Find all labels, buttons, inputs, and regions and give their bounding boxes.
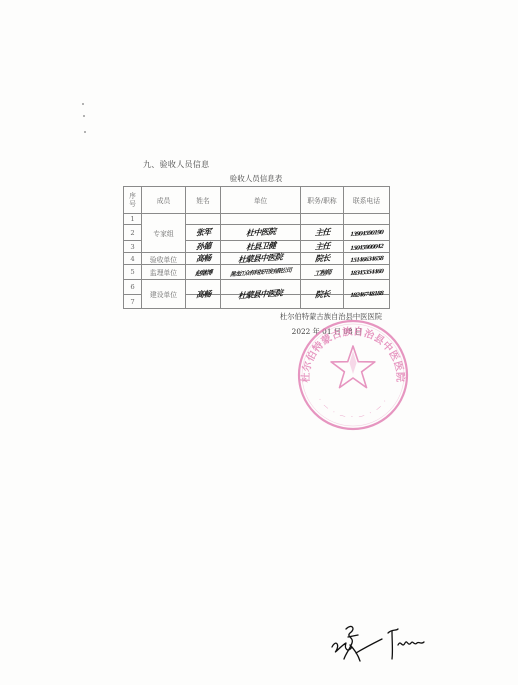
cell-phone: 13904590190 [344,225,390,241]
cell-phone: 18246748188 [344,280,390,309]
cell-title: 院长 [301,280,344,309]
cell-no: 1 [124,214,142,225]
cell-unit: 杜蒙县中医院 [221,280,301,309]
cell-no: 6 [124,280,142,295]
header-title: 职务/职称 [301,187,344,214]
cell-unit [221,214,301,225]
header-name: 姓名 [186,187,221,214]
cell-name: 孙德 [186,241,221,253]
table-title: 验收人员信息表 [123,173,389,184]
cell-title: 主任 [301,225,344,241]
cell-name: 高畅 [186,280,221,309]
header-member: 成员 [142,187,186,214]
cell-no: 4 [124,253,142,265]
cell-title: 主任 [301,241,344,253]
acceptance-personnel-table: 序号 成员 姓名 单位 职务/职称 联系电话 1 专家组 2 张军 杜中医院 主… [123,186,390,309]
table-row: 6 建设单位 高畅 杜蒙县中医院 院长 18246748188 [124,280,390,295]
svg-text:· — · — · — · — ·: · — · — · — · — · [316,397,390,421]
header-phone: 联系电话 [344,187,390,214]
cell-no: 7 [124,295,142,309]
cell-member-group: 建设单位 [142,280,186,309]
table-row: 4 验收单位 高畅 杜蒙县中医院 院长 15146634658 [124,253,390,265]
cell-name: 张军 [186,225,221,241]
cell-name: 高畅 [186,253,221,265]
scan-speck [84,131,86,133]
cell-member-group: 专家组 [142,214,186,253]
section-title: 九、验收人员信息 [143,159,209,170]
header-no: 序号 [124,187,142,214]
cell-name: 赵继博 [186,265,221,280]
header-unit: 单位 [221,187,301,214]
cell-phone: 15045900042 [344,241,390,253]
cell-title: 工程师 [301,265,344,280]
cell-unit: 黑龙江众有科技开发有限公司 [221,265,301,280]
table-row: 1 专家组 [124,214,390,225]
cell-no: 3 [124,241,142,253]
table-header-row: 序号 成员 姓名 单位 职务/职称 联系电话 [124,187,390,214]
scan-speck [83,115,85,117]
signature-icon [322,615,432,665]
table-row: 5 监理单位 赵继博 黑龙江众有科技开发有限公司 工程师 18345354460 [124,265,390,280]
cell-unit: 杜蒙县中医院 [221,253,301,265]
cell-member-group: 监理单位 [142,265,186,280]
cell-phone [344,214,390,225]
cell-phone: 18345354460 [344,265,390,280]
cell-no: 2 [124,225,142,241]
cell-title [301,214,344,225]
cell-no: 5 [124,265,142,280]
cell-unit: 杜中医院 [221,225,301,241]
official-seal-icon: 杜尔伯特蒙古族自治县中医医院 · — · — · — · — · [296,318,410,432]
cell-member-group: 验收单位 [142,253,186,265]
cell-phone: 15146634658 [344,253,390,265]
cell-unit: 杜县卫健 [221,241,301,253]
cell-name [186,214,221,225]
scan-speck [82,103,84,105]
cell-title: 院长 [301,253,344,265]
